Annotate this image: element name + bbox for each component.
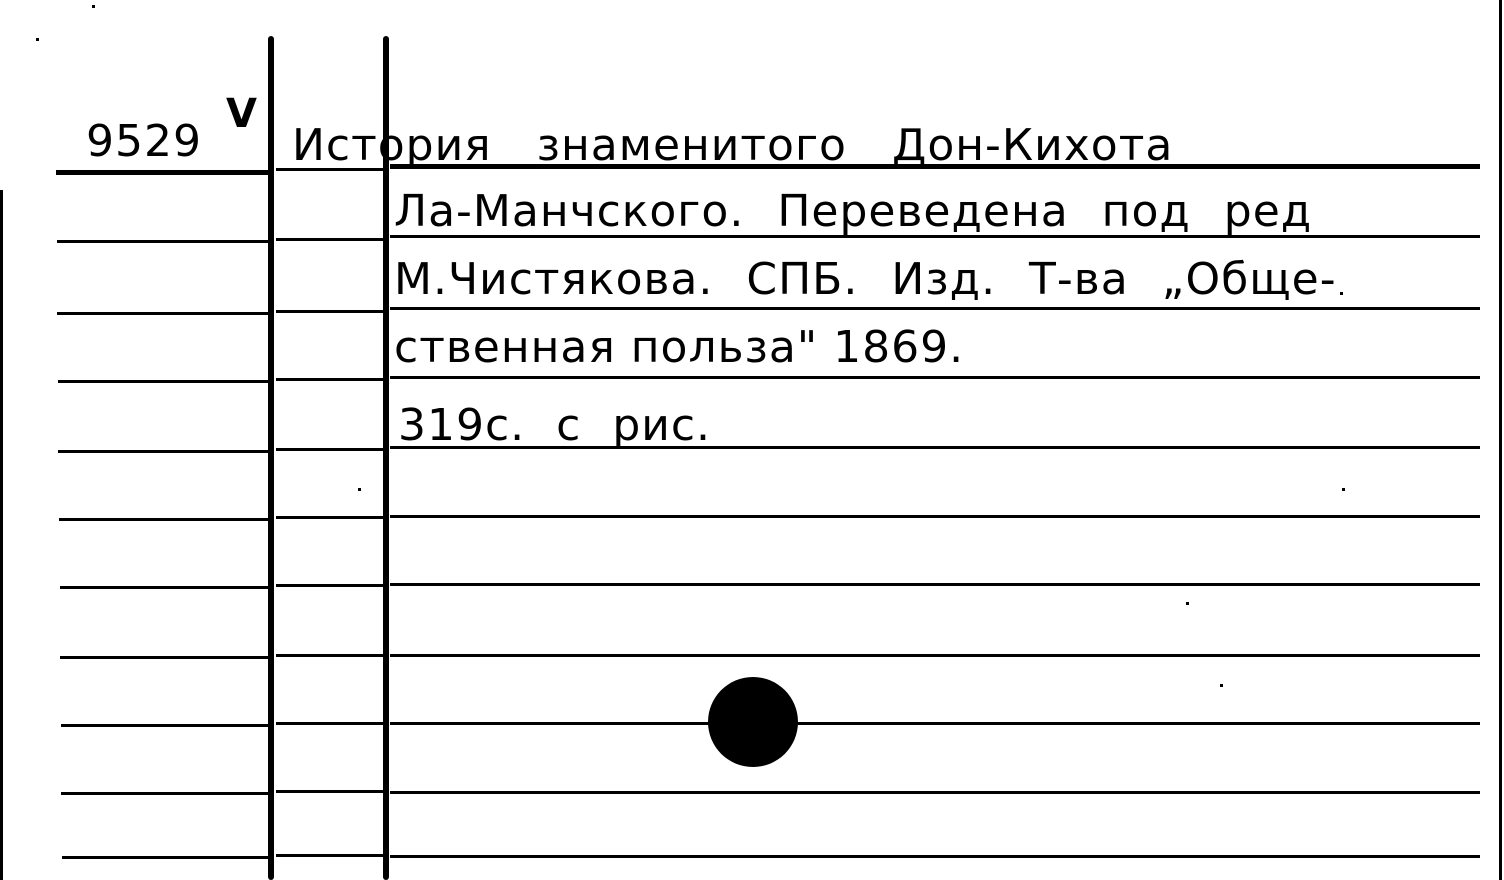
- ruled-line: [58, 450, 268, 453]
- ruled-line: [390, 307, 1480, 310]
- entry-line-5: 319с. с рис.: [398, 404, 711, 448]
- ruled-line: [390, 855, 1480, 858]
- ruled-line: [390, 722, 1480, 725]
- ruled-line: [276, 310, 384, 313]
- card-left-edge: [0, 190, 3, 880]
- check-mark-icon: V: [226, 94, 257, 134]
- ruled-line: [276, 854, 384, 857]
- scan-speck: [92, 5, 95, 8]
- entry-line-4: ственная польза" 1869.: [394, 326, 964, 370]
- ruled-line: [276, 448, 384, 451]
- scan-speck: [36, 38, 39, 41]
- punch-hole-icon: [708, 677, 798, 767]
- ruled-line: [390, 791, 1480, 794]
- call-number: 9529: [86, 120, 202, 164]
- ruled-line: [57, 312, 268, 315]
- ruled-line: [58, 380, 268, 383]
- scan-speck: [1220, 684, 1223, 687]
- ruled-line: [276, 654, 384, 657]
- entry-line-1: История знаменитого Дон-Кихота: [292, 124, 1173, 168]
- ruled-line: [276, 584, 384, 587]
- scan-speck: [1342, 488, 1345, 491]
- entry-line-2: Ла-Манчского. Переведена под ред: [394, 190, 1312, 234]
- ruled-line: [276, 378, 384, 381]
- column-divider-left: [268, 36, 274, 880]
- scan-speck: [1340, 292, 1343, 295]
- ruled-line: [59, 518, 268, 521]
- ruled-line: [61, 792, 268, 795]
- ruled-line: [390, 654, 1480, 657]
- ruled-line: [60, 656, 268, 659]
- ruled-line: [276, 790, 384, 793]
- card-right-edge: [1499, 0, 1502, 880]
- ruled-line: [276, 516, 384, 519]
- ruled-line: [56, 170, 268, 175]
- ruled-line: [61, 724, 268, 727]
- scan-speck: [1186, 602, 1189, 605]
- catalog-card: 9529 V История знаменитого Дон-Кихота Ла…: [0, 0, 1504, 880]
- ruled-line: [390, 515, 1480, 518]
- ruled-line: [57, 240, 268, 243]
- ruled-line: [62, 856, 268, 859]
- ruled-line: [60, 586, 268, 589]
- ruled-line: [390, 376, 1480, 379]
- scan-speck: [358, 488, 361, 491]
- ruled-line: [390, 583, 1480, 586]
- ruled-line: [276, 722, 384, 725]
- entry-line-3: М.Чистякова. СПБ. Изд. Т-ва „Обще-: [394, 258, 1337, 302]
- ruled-line: [276, 238, 384, 241]
